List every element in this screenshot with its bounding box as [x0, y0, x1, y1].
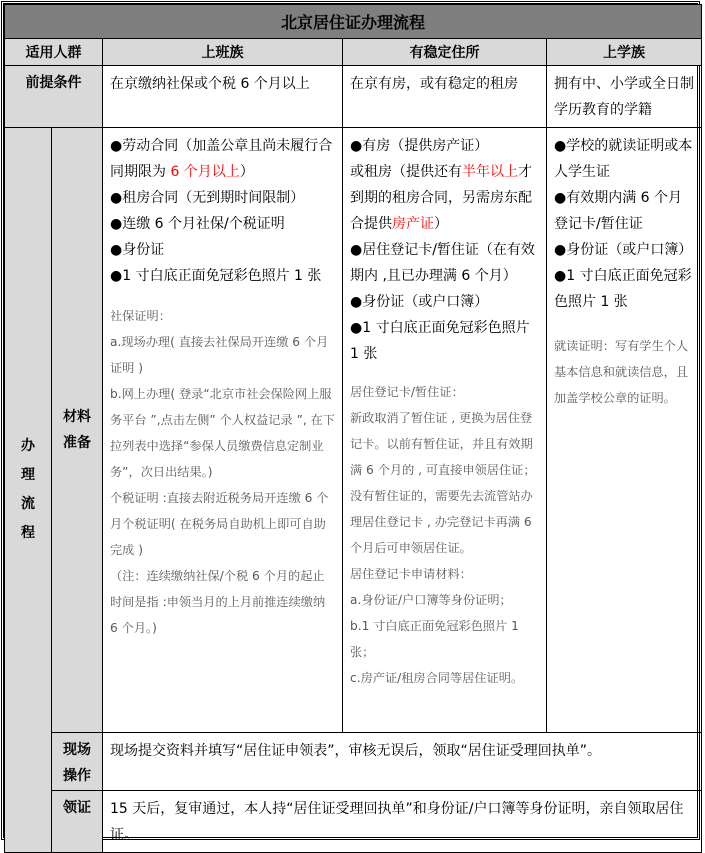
header-office-workers: 上班族: [103, 39, 343, 66]
process-label-char: 办: [5, 432, 51, 461]
note-line: a.现场办理( 直接去社保局开连缴 6 个月证明 ): [110, 329, 336, 381]
material-item: ●有效期内满 6 个月登记卡/暂住证: [554, 185, 695, 237]
note-line: 个税证明 :直接去附近税务局开连缴 6 个月个税证明( 在税务局自助机上即可自助…: [110, 485, 336, 563]
material-item: ●劳动合同（加盖公章且尚未履行合同期限为 6 个月以上）: [110, 133, 336, 185]
process-label-char: 理: [5, 461, 51, 490]
material-item: 或租房（提供还有半年以上才到期的租房合同，另需房东配合提供房产证）: [350, 159, 540, 237]
header-stable-residence: 有稳定住所: [343, 39, 547, 66]
material-item: ●身份证（或户口簿）: [554, 237, 695, 263]
material-item: ●1 寸白底正面免冠彩色照片 1 张: [350, 315, 540, 367]
process-label-char: 程: [5, 519, 51, 548]
prerequisite-office-workers: 在京缴纳社保或个税 6 个月以上: [103, 66, 343, 128]
material-item: ●学校的就读证明或本人学生证: [554, 133, 695, 185]
material-item: ●1 寸白底正面免冠彩色照片 1 张: [110, 263, 336, 289]
materials-label: 材料 准备: [52, 128, 103, 733]
header-applicable-group: 适用人群: [5, 39, 103, 66]
process-label-char: 流: [5, 490, 51, 519]
prerequisite-label: 前提条件: [5, 66, 103, 128]
material-item: ●身份证: [110, 237, 336, 263]
onsite-text: 现场提交资料并填写“居住证申领表”，审核无误后，领取“居住证受理回执单”。: [103, 733, 702, 791]
collect-text: 15 天后，复审通过，本人持“居住证受理回执单”和身份证/户口簿等身份证明，亲自…: [103, 791, 702, 846]
material-item: ●身份证（或户口簿）: [350, 289, 540, 315]
material-item: ●连缴 6 个月社保/个税证明: [110, 211, 336, 237]
note-line: 就读证明：写有学生个人基本信息和就读信息，且加盖学校公章的证明。: [554, 333, 695, 411]
note-line: b.网上办理( 登录“北京市社会保险网上服务平台 ”,点击左侧” 个人权益记录 …: [110, 381, 336, 485]
materials-office-workers: ●劳动合同（加盖公章且尚未履行合同期限为 6 个月以上） ●租房合同（无到期时间…: [103, 128, 343, 733]
process-label: 办 理 流 程: [5, 128, 52, 846]
note-line: c.房产证/租房合同等居住证明。: [350, 665, 540, 691]
onsite-label: 现场 操作: [52, 733, 103, 791]
note-line: a.身份证/户口簿等身份证明；: [350, 587, 540, 613]
material-item: ●1 寸白底正面免冠彩色照片 1 张: [554, 263, 695, 315]
note-line: b.1 寸白底正面免冠彩色照片 1 张；: [350, 613, 540, 665]
material-item: ●有房（提供房产证）: [350, 133, 540, 159]
page-title: 北京居住证办理流程: [5, 5, 702, 39]
prerequisite-students: 拥有中、小学或全日制学历教育的学籍: [547, 66, 702, 128]
residence-permit-table: 北京居住证办理流程 适用人群 上班族 有稳定住所 上学族 前提条件 在京缴纳社保…: [4, 4, 702, 845]
materials-students: ●学校的就读证明或本人学生证 ●有效期内满 6 个月登记卡/暂住证 ●身份证（或…: [547, 128, 702, 733]
collect-label: 领证: [52, 791, 103, 846]
materials-stable-residence: ●有房（提供房产证） 或租房（提供还有半年以上才到期的租房合同，另需房东配合提供…: [343, 128, 547, 733]
note-line: 社保证明：: [110, 303, 336, 329]
material-item: ●租房合同（无到期时间限制）: [110, 185, 336, 211]
prerequisite-stable-residence: 在京有房，或有稳定的租房: [343, 66, 547, 128]
note-line: （注：连续缴纳社保/个税 6 个月的起止时间是指 :申领当月的上月前推连续缴纳 …: [110, 563, 336, 641]
materials-notes: 居住登记卡/暂住证： 新政取消了暂住证 , 更换为居住登记卡。以前有暂住证，并且…: [350, 379, 540, 691]
note-line: 居住登记卡申请材料：: [350, 561, 540, 587]
header-students: 上学族: [547, 39, 702, 66]
materials-notes: 社保证明： a.现场办理( 直接去社保局开连缴 6 个月证明 ) b.网上办理(…: [110, 303, 336, 641]
material-item: ●居住登记卡/暂住证（在有效期内 ,且已办理满 6 个月）: [350, 237, 540, 289]
note-line: 新政取消了暂住证 , 更换为居住登记卡。以前有暂住证，并且有效期满 6 个月的 …: [350, 405, 540, 561]
note-line: 居住登记卡/暂住证：: [350, 379, 540, 405]
materials-notes: 就读证明：写有学生个人基本信息和就读信息，且加盖学校公章的证明。: [554, 333, 695, 411]
